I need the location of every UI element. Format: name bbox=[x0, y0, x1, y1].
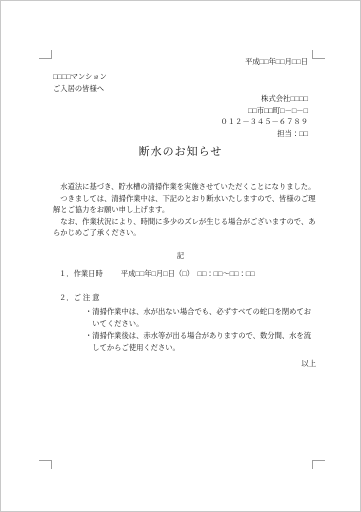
caution-item: ・ 清掃作業中は、水が出ない場合でも、必ずすべての蛇口を閉めておいてください。 bbox=[85, 306, 317, 329]
crop-mark-top-left bbox=[39, 50, 52, 59]
caution-text: 清掃作業後は、赤水等が出る場合がありますので、数分間、水を流してからご使用くださ… bbox=[92, 330, 317, 353]
recipient-salutation: ご入居の皆様へ bbox=[53, 83, 107, 95]
bullet-icon: ・ bbox=[85, 330, 92, 353]
crop-mark-bottom-left bbox=[39, 460, 52, 469]
crop-mark-top-right bbox=[312, 50, 325, 59]
caution-item: ・ 清掃作業後は、赤水等が出る場合がありますので、数分間、水を流してからご使用く… bbox=[85, 330, 317, 353]
recipient-name: □□□□マンション bbox=[53, 71, 107, 83]
body-paragraph-1: 水道法に基づき、貯水槽の清掃作業を実施させていただくことになりました。 bbox=[53, 181, 319, 193]
body-paragraph-3: なお、作業状況により、時間に多少のズレが生じる場合がございますので、あらかじめご… bbox=[53, 216, 319, 239]
sender-block: 株式会社□□□□ □□市□□町□－□－□ ０１２－３４５－６７８９ 担当：□□ bbox=[220, 93, 308, 139]
work-datetime-label: 作業日時 bbox=[74, 268, 103, 280]
cautions-label: ご 注 意 bbox=[74, 292, 100, 304]
body-text: 水道法に基づき、貯水槽の清掃作業を実施させていただくことになりました。 つきまし… bbox=[53, 181, 319, 239]
bullet-icon: ・ bbox=[85, 306, 92, 329]
work-datetime-value: 平成□□年□月□日（□） □□：□□～□□：□□ bbox=[121, 268, 255, 280]
sender-address: □□市□□町□－□－□ bbox=[220, 105, 308, 117]
cautions-heading-row: ２．ご 注 意 bbox=[59, 292, 100, 304]
document-page: 平成□□年□□月□□日 □□□□マンション ご入居の皆様へ 株式会社□□□□ □… bbox=[0, 0, 361, 512]
work-datetime-number: １． bbox=[59, 268, 74, 280]
recipient-block: □□□□マンション ご入居の皆様へ bbox=[53, 71, 107, 94]
record-marker: 記 bbox=[1, 250, 360, 262]
cautions-list: ・ 清掃作業中は、水が出ない場合でも、必ずすべての蛇口を閉めておいてください。 … bbox=[85, 306, 317, 354]
document-title: 断水のお知らせ bbox=[1, 144, 360, 160]
crop-mark-bottom-right bbox=[312, 460, 325, 469]
sender-phone: ０１２－３４５－６７８９ bbox=[220, 116, 308, 128]
caution-text: 清掃作業中は、水が出ない場合でも、必ずすべての蛇口を閉めておいてください。 bbox=[92, 306, 317, 329]
sender-company: 株式会社□□□□ bbox=[220, 93, 308, 105]
work-datetime-row: １．作業日時 平成□□年□月□日（□） □□：□□～□□：□□ bbox=[59, 268, 255, 280]
cautions-number: ２． bbox=[59, 292, 74, 304]
body-paragraph-2: つきましては、清掃作業中は、下記のとおり断水いたしますので、皆様のご理解とご協力… bbox=[53, 193, 319, 216]
sender-contact: 担当：□□ bbox=[220, 128, 308, 140]
closing-text: 以上 bbox=[301, 358, 316, 370]
issue-date: 平成□□年□□月□□日 bbox=[245, 56, 308, 68]
